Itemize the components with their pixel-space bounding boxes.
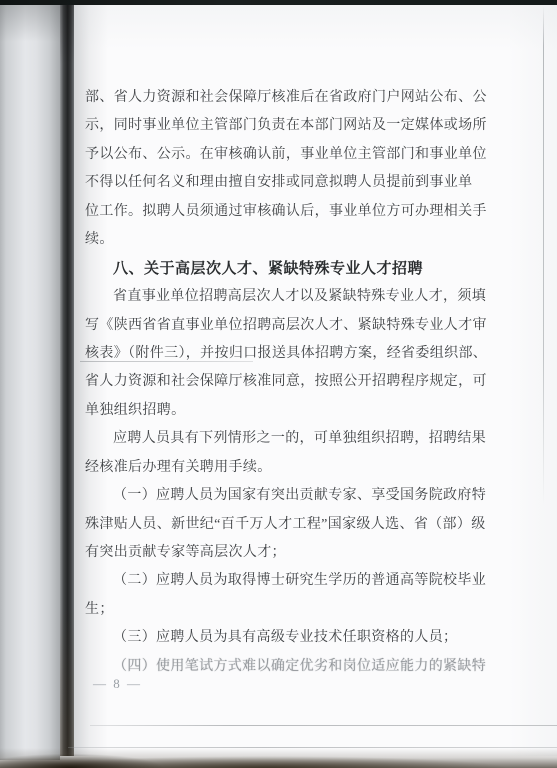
text-line: 省人力资源和社会保障厅核准同意，按照公开招聘程序规定，可 — [85, 368, 485, 396]
bottom-scan-shadow — [0, 748, 557, 768]
text-line: 核表》（附件三），并按归口报送具体招聘方案，经省委组织部、 — [85, 340, 485, 368]
page-right-edge-line — [543, 6, 544, 506]
text-line: 省直事业单位招聘高层次人才以及紧缺特殊专业人才，须填 — [85, 283, 485, 311]
facing-page-edge — [0, 4, 60, 760]
text-line: 单独组织招聘。 — [85, 397, 485, 425]
scanned-document-page: 部、省人力资源和社会保障厅核准后在省政府门户网站公布、公示，同时事业单位主管部门… — [0, 0, 557, 768]
text-line: 八、关于高层次人才、紧缺特殊专业人才招聘 — [85, 255, 485, 283]
text-line: 有突出贡献专家等高层次人才； — [85, 539, 485, 567]
text-line: 予以公布、公示。在审核确认前，事业单位主管部门和事业单位 — [85, 141, 485, 169]
text-line: 殊津贴人员、新世纪“百千万人才工程”国家级人选、省（部）级 — [85, 511, 485, 539]
scan-fold-line — [80, 361, 253, 362]
text-line: （三）应聘人员为具有高级专业技术任职资格的人员； — [85, 624, 485, 652]
text-line: 部、省人力资源和社会保障厅核准后在省政府门户网站公布、公 — [85, 84, 485, 112]
text-line: 位工作。拟聘人员须通过审核确认后，事业单位方可办理相关手 — [85, 198, 485, 226]
text-line: 生； — [85, 596, 485, 624]
scanner-top-band — [0, 0, 557, 5]
text-line: （四）使用笔试方式难以确定优劣和岗位适应能力的紧缺特 — [85, 653, 485, 681]
text-line: （二）应聘人员为取得博士研究生学历的普通高等院校毕业 — [85, 567, 485, 595]
underlying-page-edge-line — [90, 725, 557, 726]
text-line: 经核准后办理有关聘用手续。 — [85, 454, 485, 482]
text-line: （一）应聘人员为国家有突出贡献专家、享受国务院政府特 — [85, 482, 485, 510]
page-content: 部、省人力资源和社会保障厅核准后在省政府门户网站公布、公示，同时事业单位主管部门… — [85, 84, 485, 681]
text-line: 示，同时事业单位主管部门负责在本部门网站及一定媒体或场所 — [85, 112, 485, 140]
book-gutter-shadow — [60, 4, 74, 756]
text-line: 写《陕西省省直事业单位招聘高层次人才、紧缺特殊专业人才审 — [85, 312, 485, 340]
text-line: 不得以任何名义和理由擅自安排或同意拟聘人员提前到事业单 — [85, 169, 485, 197]
text-line: 续。 — [85, 226, 485, 254]
text-line: 应聘人员具有下列情形之一的，可单独组织招聘，招聘结果 — [85, 425, 485, 453]
page-number: — 8 — — [93, 676, 142, 692]
